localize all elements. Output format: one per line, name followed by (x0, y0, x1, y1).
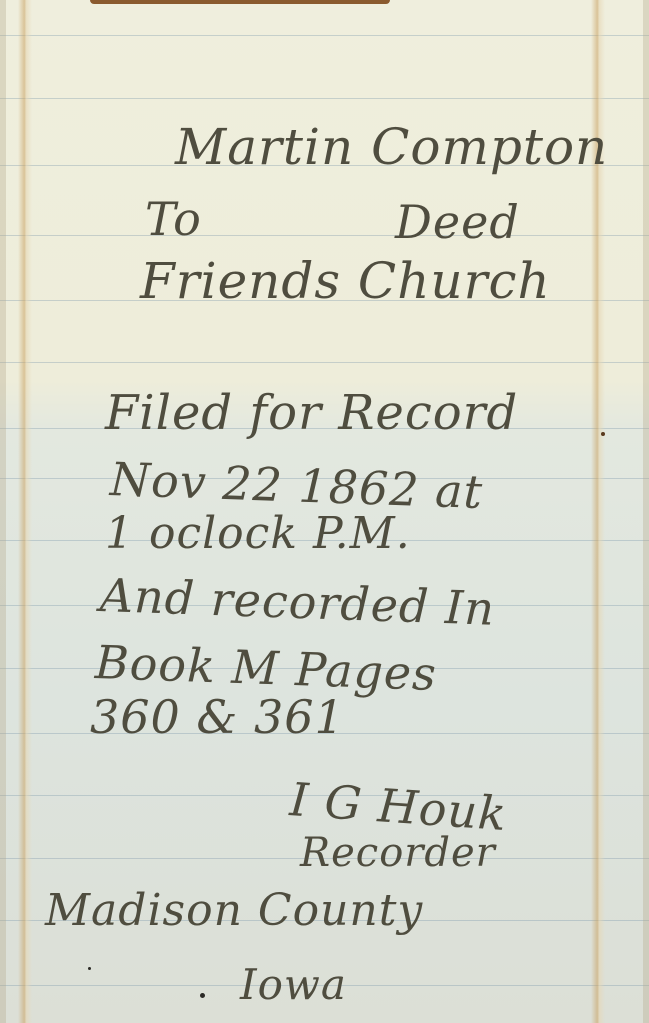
ruled-line (0, 35, 649, 36)
document-paper: Martin Compton To Deed Friends Church Fi… (0, 0, 649, 1023)
stain-spot (601, 432, 605, 436)
ruled-line (0, 235, 649, 236)
ink-spot (88, 967, 91, 970)
filed-for-record: Filed for Record (105, 385, 518, 441)
instrument-type: Deed (395, 195, 520, 249)
grantor-name: Martin Compton (175, 118, 608, 176)
paper-edge (0, 0, 6, 1023)
recorder-title: Recorder (300, 830, 496, 876)
recorded-in: And recorded In (99, 568, 496, 636)
state-name: Iowa (240, 960, 347, 1009)
paper-edge (643, 0, 649, 1023)
filing-time: 1 oclock P.M. (105, 508, 411, 559)
county-name: Madison County (45, 885, 423, 936)
ruled-line (0, 362, 649, 363)
page-numbers: 360 & 361 (90, 690, 345, 744)
backing-strip (90, 0, 390, 4)
grantee-name: Friends Church (140, 252, 551, 310)
ink-spot (200, 993, 205, 998)
ruled-line (0, 98, 649, 99)
to-word: To (145, 192, 202, 246)
fold-crease-left (18, 0, 32, 1023)
